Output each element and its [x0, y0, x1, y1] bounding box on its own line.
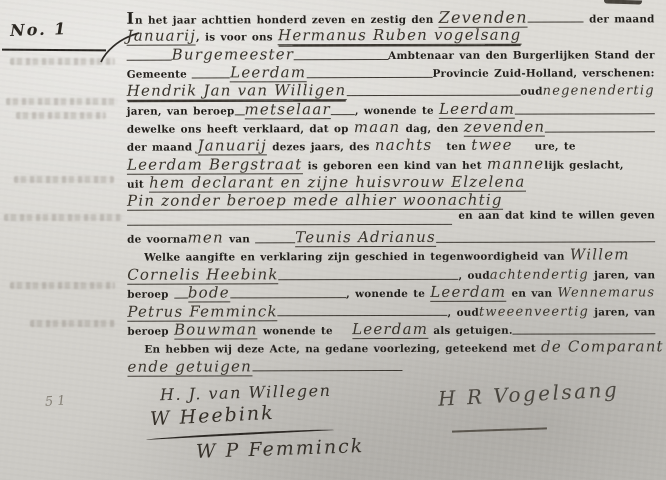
printed-text: lijk geslacht,: [544, 159, 623, 171]
handwritten-entry: Petrus Femminck: [127, 302, 278, 321]
printed-text: dezes jaars, des: [267, 141, 375, 153]
printed-text: , wonende te: [355, 105, 439, 117]
printed-text: der maand: [584, 13, 655, 25]
deed-line: Gemeente LeerdamProvincie Zuid-Holland, …: [127, 62, 655, 82]
printed-text: , oud: [448, 306, 479, 318]
bleedthrough-smudge: [10, 282, 115, 289]
deed-line: ende getuigen: [127, 356, 655, 376]
handwritten-entry: men: [187, 229, 223, 247]
printed-text: de voorna: [127, 234, 187, 246]
blank-rule: [174, 298, 188, 299]
signature-registrar: H R Vogelsang: [437, 377, 619, 410]
act-number-underline: [2, 49, 106, 52]
deed-line: Hendrik Jan van Willigenoudnegenendertig: [127, 81, 655, 101]
deed-line: Petrus Femminck, oudtweeenveertig jaren,…: [127, 301, 655, 321]
blank-rule: [192, 77, 230, 78]
printed-initial: I: [127, 11, 135, 27]
printed-text: En hebben wij deze Acte, na gedane voorl…: [144, 343, 541, 356]
bleedthrough-smudge: [6, 98, 118, 105]
scan-edge-ink-mark: [604, 0, 642, 5]
deed-line: der maand Januarij dezes jaars, des nach…: [127, 136, 655, 156]
printed-text: Provincie Zuid-Holland, verschenen:: [432, 67, 654, 80]
handwritten-entry: Leerdam: [352, 320, 428, 339]
printed-text: Ambtenaar van den Burgerlijken Stand der: [388, 49, 654, 62]
printed-text: jaren, van: [589, 306, 655, 318]
blank-rule: [230, 297, 346, 298]
printed-text: ten: [446, 141, 471, 153]
deed-line: Leerdam Bergstraat is geboren een kind v…: [127, 154, 655, 174]
handwritten-entry: achtendertig: [490, 267, 589, 282]
deed-line: jaren, van beroepmetselaar, wonende te L…: [127, 99, 655, 119]
handwritten-entry: maan: [354, 118, 401, 136]
deed-line: beroep bode, wonende te Leerdam en van W…: [127, 282, 655, 302]
handwritten-entry: Willem: [570, 246, 630, 264]
deed-text: In het jaar achttien honderd zeven en ze…: [127, 7, 656, 375]
printed-text: beroep: [127, 289, 174, 301]
blank-rule: [279, 278, 459, 279]
printed-text: Gemeente: [127, 69, 193, 81]
handwritten-entry: Cornelis Heebink: [127, 265, 279, 284]
printed-text: , is voor ons: [196, 32, 278, 44]
handwritten-entry: manne: [487, 154, 544, 172]
handwritten-entry: de Comparant: [541, 337, 664, 355]
deed-line: de voornamen van Teunis Adrianus: [127, 227, 655, 247]
printed-text: wonende te: [258, 325, 338, 337]
bleedthrough-smudge: [16, 112, 106, 119]
printed-text: van: [224, 233, 255, 245]
printed-text: n het jaar achttien honderd zeven en zes…: [135, 14, 439, 27]
handwritten-entry: negenendertig: [543, 84, 655, 99]
printed-text: , wonende te: [346, 288, 430, 300]
signature-declarant: H. J. van Willegen: [160, 381, 332, 404]
printed-text: jaren, van: [589, 269, 655, 281]
blank-rule: [513, 333, 656, 334]
handwritten-entry: ende getuigen: [127, 357, 252, 376]
blank-rule: [255, 242, 295, 243]
printed-text: is geboren een kind van het: [302, 159, 486, 171]
deed-line: Welke aangifte en verklaring zijn geschi…: [127, 246, 655, 266]
document-scan: No. 1 51 In het jaar achttien honderd ze…: [0, 0, 666, 480]
deed-line: uit hem declarant en zijne huisvrouw Elz…: [127, 172, 655, 192]
handwritten-entry: bode: [188, 284, 230, 303]
printed-text: der maand: [127, 142, 198, 154]
handwritten-entry: Leerdam Bergstraat: [127, 155, 303, 174]
blank-rule: [346, 95, 520, 96]
bleedthrough-smudge: [30, 320, 115, 327]
handwritten-entry: Leerdam: [230, 63, 306, 82]
printed-text: oud: [520, 86, 542, 98]
deed-line: Pin zonder beroep mede alhier woonachtig: [127, 191, 655, 211]
blank-rule: [306, 77, 432, 78]
printed-text: Welke aangifte en verklaring zijn geschi…: [144, 251, 570, 264]
printed-text: als getuigen.: [428, 325, 513, 337]
blank-rule: [515, 113, 655, 114]
blank-rule: [545, 131, 655, 132]
act-number: No. 1: [10, 19, 68, 40]
handwritten-entry: Zevenden: [439, 8, 528, 28]
printed-text: en van: [506, 288, 557, 300]
blank-rule: [127, 223, 452, 225]
handwritten-entry: Hermanus Ruben vogelsang: [278, 26, 521, 46]
blank-rule: [127, 59, 172, 60]
printed-text: jaren, van beroep: [127, 105, 235, 117]
blank-rule: [436, 241, 655, 243]
handwritten-entry: zevenden: [464, 118, 546, 137]
blank-rule: [528, 21, 584, 22]
handwritten-entry: hem declarant en zijne huisvrouw Elzelen…: [149, 173, 526, 193]
handwritten-entry: twee: [471, 136, 512, 154]
blank-rule: [294, 59, 388, 60]
handwritten-entry: Leerdam: [430, 283, 506, 302]
printed-text: , oud: [458, 270, 489, 282]
printed-text: dag, den: [400, 123, 463, 135]
deed-line: En hebben wij deze Acte, na gedane voorl…: [127, 337, 655, 357]
signature-witness-heebink: W Heebink: [150, 402, 276, 430]
blank-rule: [278, 315, 448, 316]
bleedthrough-smudge: [4, 214, 122, 221]
handwritten-entry: Hendrik Jan van Willigen: [127, 81, 347, 101]
handwritten-entry: Bouwman: [174, 320, 258, 339]
handwritten-entry: nachts: [375, 136, 433, 154]
handwritten-entry: Wennemarus: [557, 285, 655, 300]
handwritten-entry: Pin zonder beroep mede alhier woonachtig: [127, 191, 503, 211]
printed-text: en aan dat kind te willen geven: [458, 209, 655, 222]
handwritten-entry: Leerdam: [439, 99, 515, 118]
handwritten-entry: Teunis Adrianus: [295, 228, 436, 247]
signature-witness-femminck: W P Femminck: [196, 435, 365, 463]
blank-rule: [234, 114, 244, 115]
printed-text: uit: [127, 179, 149, 191]
handwritten-entry: tweeenveertig: [479, 304, 589, 319]
deed-line: Januarij, is voor ons Hermanus Ruben vog…: [127, 26, 655, 46]
blank-rule: [252, 370, 402, 371]
page-number: 51: [45, 393, 71, 410]
handwritten-entry: metselaar: [244, 100, 330, 119]
blank-rule: [331, 114, 355, 115]
deed-line: In het jaar achttien honderd zeven en ze…: [127, 7, 655, 27]
deed-line: BurgemeesterAmbtenaar van den Burgerlijk…: [127, 44, 655, 64]
signature-registrar-underline: [452, 427, 547, 432]
printed-text: ure, te: [535, 141, 576, 153]
printed-text: beroep: [127, 325, 174, 337]
spacer: [402, 370, 655, 371]
handwritten-entry: Burgemeester: [172, 45, 295, 63]
bleedthrough-smudge: [14, 176, 114, 183]
printed-text: dewelke ons heeft verklaard, dat op: [127, 123, 354, 136]
handwritten-entry: Januarij: [198, 137, 268, 156]
deed-line: beroep Bouwman wonende te Leerdam als ge…: [127, 319, 655, 339]
deed-line: Cornelis Heebink, oudachtendertig jaren,…: [127, 264, 655, 284]
deed-line: en aan dat kind te willen geven: [127, 209, 655, 229]
handwritten-entry: Januarij: [127, 27, 197, 46]
deed-line: dewelke ons heeft verklaard, dat op maan…: [127, 117, 655, 137]
